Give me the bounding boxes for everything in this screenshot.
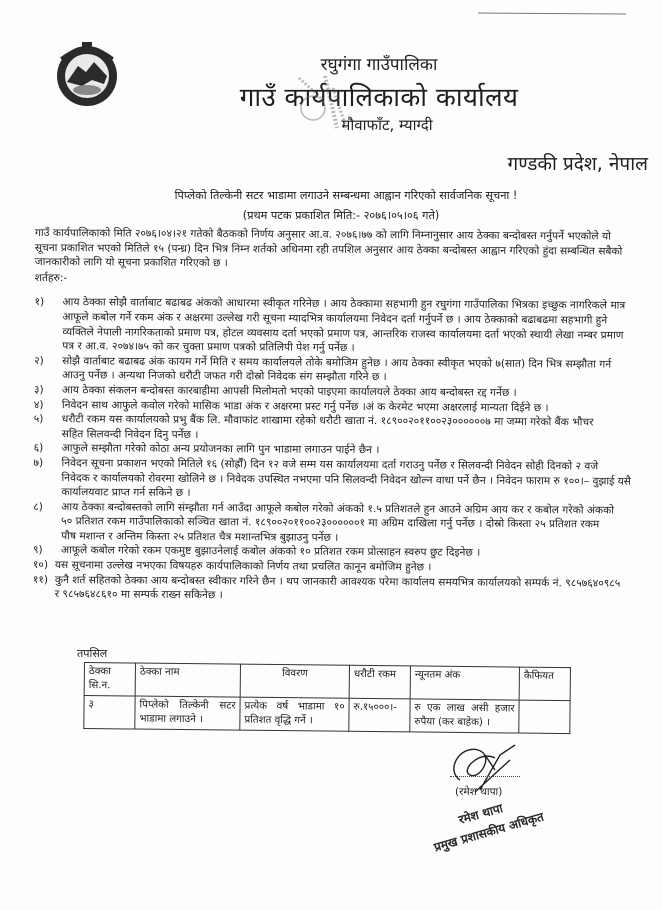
condition-number: ७)	[33, 456, 61, 500]
condition-text: सोझै वार्ताबाट बढाबढ अंक कायम गर्ने मिति…	[62, 354, 634, 387]
col-sn: ठेक्का सि.न.	[84, 663, 135, 697]
signatory-name: (रमेश थापा)	[455, 785, 502, 799]
col-description: विवरण	[240, 664, 349, 698]
condition-number: ८)	[33, 500, 61, 544]
cell-description: प्रत्येक वर्ष भाडामा १० प्रतिशत वृद्धि ग…	[240, 697, 349, 731]
table-header-row: ठेक्का सि.न. ठेक्का नाम विवरण धरौटी रकम …	[84, 663, 570, 701]
condition-number: २)	[34, 354, 62, 383]
col-deposit: धरौटी रकम	[349, 665, 410, 699]
condition-number: ५)	[34, 412, 62, 441]
col-minimum: न्यूनतम अंक	[410, 666, 519, 700]
office-stamp-icon	[295, 68, 355, 148]
schedule-table: ठेक्का सि.न. ठेक्का नाम विवरण धरौटी रकम …	[83, 662, 571, 734]
conditions-heading: शर्तहरु:-	[35, 271, 635, 289]
condition-item: ११)कुनै शर्त सहितको ठेक्का आय बन्दोबस्त …	[33, 573, 633, 606]
condition-text: निवेदन सूचना प्रकाशन भएको मितिले १६ (सोर…	[61, 456, 633, 503]
office-address: मौवाफाँट, म्याग्दी	[56, 115, 662, 135]
signature-scribble-icon	[440, 740, 530, 810]
notice-document: रघुगंगा गाउँपालिका गाउँ कार्यपालिकाको का…	[0, 0, 662, 910]
col-remarks: कैफियत	[519, 667, 570, 701]
cell-sn: ३	[84, 696, 135, 730]
cell-minimum: रु एक लाख असी हजार रुपैया (कर बाहेक) ।	[410, 699, 519, 733]
condition-item: २)सोझै वार्ताबाट बढाबढ अंक कायम गर्ने मि…	[34, 354, 634, 387]
condition-item: १)आय ठेक्का सोझै वार्ताबाट बढाबढ अंकको आ…	[34, 295, 634, 357]
schedule-heading: तपसिल	[77, 646, 107, 661]
notice-body: गाउँ कार्यपालिकाको मिति २०७६।०४।२१ गतेको…	[33, 226, 635, 606]
col-name: ठेक्का नाम	[135, 663, 240, 697]
condition-number: ६)	[34, 441, 62, 456]
province-name: गण्डकी प्रदेश, नेपाल	[508, 150, 648, 176]
condition-text: आय ठेक्का सोझै वार्ताबाट बढाबढ अंकको आधा…	[62, 296, 634, 358]
cell-name: पिप्लेको तिल्केनी सटर भाडामा लगाउने ।	[135, 696, 240, 730]
notice-title: पिप्लेको तिल्केनी सटर भाडामा लगाउने सम्ब…	[0, 188, 662, 203]
condition-number: ३)	[34, 383, 62, 398]
condition-number: ११)	[33, 573, 55, 602]
cell-deposit: रु.१५०००।-	[349, 698, 410, 732]
intro-paragraph: गाउँ कार्यपालिकाको मिति २०७६।०४।२१ गतेको…	[35, 226, 635, 273]
condition-number: ४)	[34, 398, 62, 413]
condition-number: ९)	[33, 543, 61, 558]
signature-block: (रमेश थापा) रमेश थापा प्रमुख प्रशासकीय अ…	[430, 740, 630, 870]
conditions-list: १)आय ठेक्का सोझै वार्ताबाट बढाबढ अंकको आ…	[33, 295, 635, 605]
condition-text: धरौटी रकम यस कार्यालयको प्रभु बैंक लि. म…	[62, 412, 634, 445]
condition-item: ८)आय ठेक्का बन्दोबस्तको लागि संम्झौता गर…	[33, 500, 633, 547]
table-row: ३ पिप्लेको तिल्केनी सटर भाडामा लगाउने । …	[84, 696, 570, 734]
condition-item: ५)धरौटी रकम यस कार्यालयको प्रभु बैंक लि.…	[34, 412, 634, 445]
scan-edge-line	[478, 12, 626, 14]
signature-line	[450, 776, 520, 777]
condition-text: कुनै शर्त सहितको ठेक्का आय बन्दोबस्त स्व…	[55, 573, 633, 606]
office-name: गाउँ कार्यपालिकाको कार्यालय	[48, 78, 662, 114]
condition-text: आय ठेक्का बन्दोबस्तको लागि संम्झौता गर्न…	[61, 500, 633, 547]
publication-date: (प्रथम पटक प्रकाशित मिति:- २०७६।०५।०६ गत…	[0, 208, 662, 223]
condition-item: ७)निवेदन सूचना प्रकाशन भएको मितिले १६ (स…	[33, 456, 633, 503]
condition-number: १)	[34, 295, 62, 354]
cell-remarks	[519, 700, 570, 734]
municipality-name: रघुगंगा गाउँपालिका	[48, 52, 662, 75]
condition-number: १०)	[33, 558, 55, 573]
